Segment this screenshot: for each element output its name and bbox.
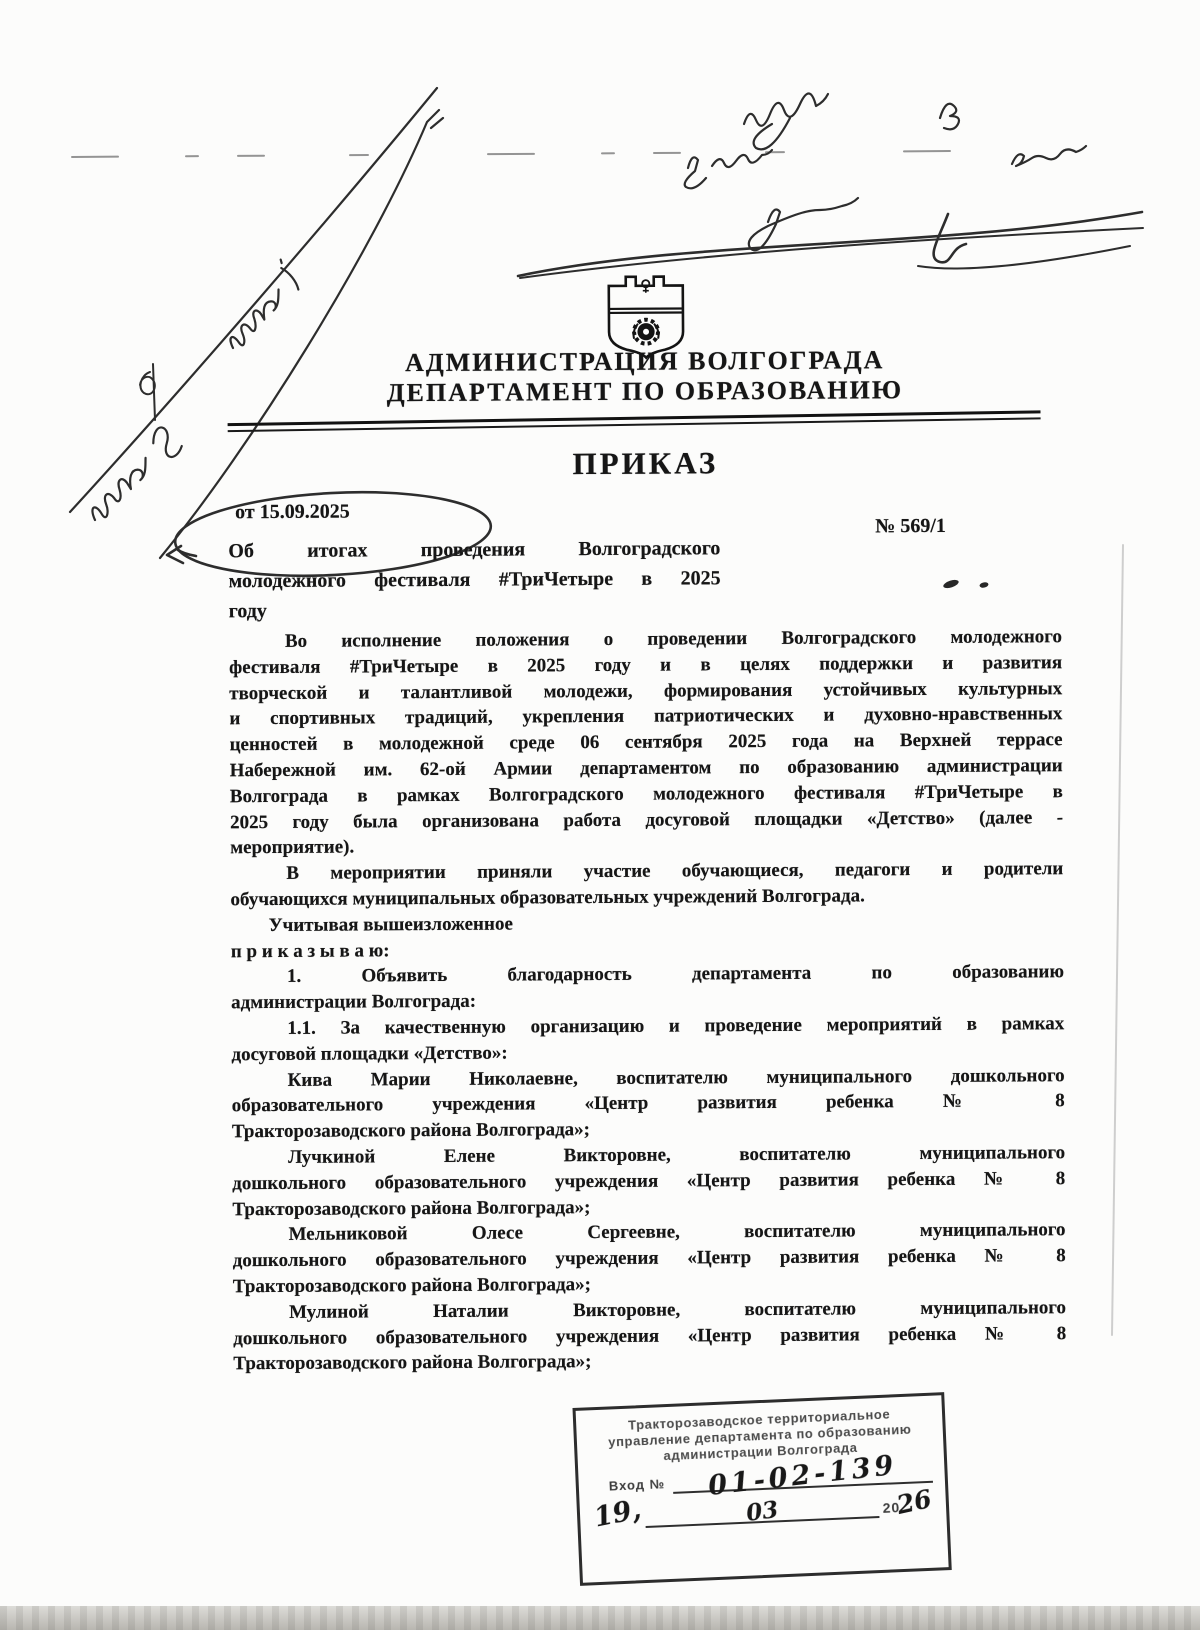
scanned-order-document: АДМИНИСТРАЦИЯ ВОЛГОГРАДА ДЕПАРТАМЕНТ ПО … <box>0 0 1200 1630</box>
body-paragraph: Во исполнение положения о проведении Вол… <box>229 624 1063 861</box>
stamp-year-handwritten: 26 <box>894 1484 934 1520</box>
text-line: Тракторозаводского района Волгограда»; <box>233 1346 1066 1377</box>
registration-stamp: Тракторозаводское территориальное управл… <box>572 1392 951 1586</box>
text-line: образовательного учреждения «Центр разви… <box>232 1089 1065 1120</box>
body-paragraph: В мероприятии приняли участие обучающиес… <box>230 856 1063 913</box>
subject-block: Об итогах проведения Волгоградскогомолод… <box>228 533 721 626</box>
document-date: от 15.09.2025 <box>235 501 350 525</box>
document-number: № 569/1 <box>875 515 946 538</box>
document-content: АДМИНИСТРАЦИЯ ВОЛГОГРАДА ДЕПАРТАМЕНТ ПО … <box>0 0 1200 1630</box>
body-paragraphs: Во исполнение положения о проведении Вол… <box>229 624 1067 1377</box>
org-line-1: АДМИНИСТРАЦИЯ ВОЛГОГРАДА <box>237 344 1052 379</box>
body-paragraph: Мулиной Наталии Викторовне, воспитателю … <box>233 1295 1066 1377</box>
org-header: АДМИНИСТРАЦИЯ ВОЛГОГРАДА ДЕПАРТАМЕНТ ПО … <box>237 344 1052 409</box>
text-line: дошкольного образовательного учреждения … <box>233 1321 1066 1352</box>
body-paragraph: 1.1. За качественную организацию и прове… <box>231 1011 1064 1068</box>
text-line: молодежного фестиваля #ТриЧетыре в 2025 <box>228 563 720 596</box>
text-line: дошкольного образовательного учреждения … <box>233 1243 1066 1274</box>
stamp-date-line: 03 <box>645 1493 879 1528</box>
body-paragraph: Лучкиной Елене Викторовне, воспитателю м… <box>232 1140 1065 1222</box>
body-paragraph: 1. Объявить благодарность департамента п… <box>231 960 1064 1017</box>
body-paragraph: Кива Марии Николаевне, воспитателю муниц… <box>232 1063 1065 1145</box>
text-line: году <box>229 593 721 626</box>
text-line: Об итогах проведения Волгоградского <box>228 533 720 566</box>
scanner-edge-band <box>0 1606 1200 1630</box>
text-line: 1. Объявить благодарность департамента п… <box>231 960 1064 991</box>
text-line: В мероприятии приняли участие обучающиес… <box>230 856 1063 887</box>
text-line: 1.1. За качественную организацию и прове… <box>231 1011 1064 1042</box>
org-line-2: ДЕПАРТАМЕНТ ПО ОБРАЗОВАНИЮ <box>237 374 1052 409</box>
document-title: ПРИКАЗ <box>238 443 1053 484</box>
body-paragraph: Мельниковой Олесе Сергеевне, воспитателю… <box>232 1217 1065 1299</box>
header-divider <box>228 410 1041 432</box>
stamp-month-handwritten: 03 <box>745 1498 780 1525</box>
stamp-day-handwritten: 19, <box>591 1494 643 1534</box>
text-line: дошкольного образовательного учреждения … <box>232 1166 1065 1197</box>
